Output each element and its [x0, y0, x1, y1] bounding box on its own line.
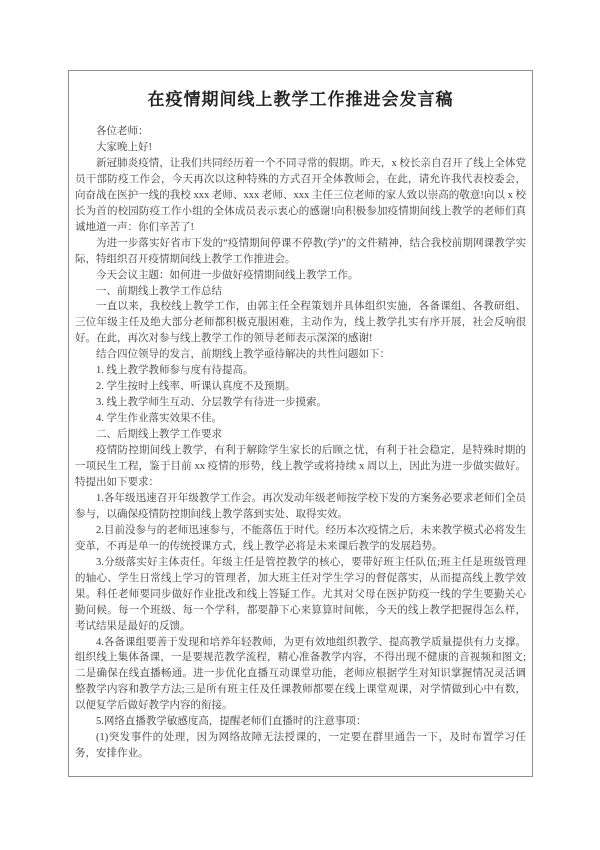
paragraph: 大家晚上好! [75, 140, 526, 156]
document-border-frame: 在疫情期间线上教学工作推进会发言稿 各位老师：大家晚上好!新冠肺炎疫情，让我们共… [68, 70, 533, 777]
paragraph: 新冠肺炎疫情，让我们共同经历着一个不同寻常的假期。昨天，x 校长亲自召开了线上全… [75, 156, 526, 236]
paragraph: 一直以来，我校线上教学工作，由郭主任全程策划并具体组织实施，各备课组、各教研组、… [75, 299, 526, 347]
paragraph: 1. 线上教学教师参与度有待提高。 [75, 363, 526, 379]
paragraph: 疫情防控期间线上教学，有利于解除学生家长的后顾之忧，有利于社会稳定，是特殊时期的… [75, 443, 526, 491]
paragraph: (1)突发事件的处理，因为网络故障无法授课的，一定要在群里通告一下，及时布置学习… [75, 730, 526, 762]
paragraph: 2. 学生按时上线率、听课认真度不及预期。 [75, 379, 526, 395]
paragraph: 今天会议主题：如何进一步做好疫情期间线上教学工作。 [75, 268, 526, 284]
paragraph: 为进一步落实好省市下发的“疫情期间停课不停教(学)”的文件精神，结合我校前期网课… [75, 236, 526, 268]
paragraph: 3. 线上教学师生互动、分层教学有待进一步摸索。 [75, 395, 526, 411]
paragraph: 2.目前没参与的老师迅速参与，不能落伍于时代。经历本次疫情之后，未来教学模式必将… [75, 523, 526, 555]
paragraph: 5.网络直播教学敏感度高，提醒老师们直播时的注意事项： [75, 714, 526, 730]
paragraph: 4. 学生作业落实效果不佳。 [75, 411, 526, 427]
paragraph: 结合四位领导的发言，前期线上教学亟待解决的共性问题如下： [75, 347, 526, 363]
paragraph: 一、前期线上教学工作总结 [75, 284, 526, 300]
paragraph: 二、后期线上教学工作要求 [75, 427, 526, 443]
paragraph: 各位老师： [75, 124, 526, 140]
document-page: 在疫情期间线上教学工作推进会发言稿 各位老师：大家晚上好!新冠肺炎疫情，让我们共… [0, 0, 600, 850]
document-title: 在疫情期间线上教学工作推进会发言稿 [75, 89, 526, 111]
paragraph: 3.分级落实好主体责任。年级主任是管控教学的核心，要带好班主任队伍;班主任是班级… [75, 555, 526, 635]
document-body: 各位老师：大家晚上好!新冠肺炎疫情，让我们共同经历着一个不同寻常的假期。昨天，x… [75, 124, 526, 762]
paragraph: 4.各备课组要善于发现和培养年轻教师，为更有效地组织教学、提高教学质量提供有力支… [75, 635, 526, 715]
paragraph: 1.各年级迅速召开年级教学工作会。再次发动年级老师按学校下发的方案务必要求老师们… [75, 491, 526, 523]
